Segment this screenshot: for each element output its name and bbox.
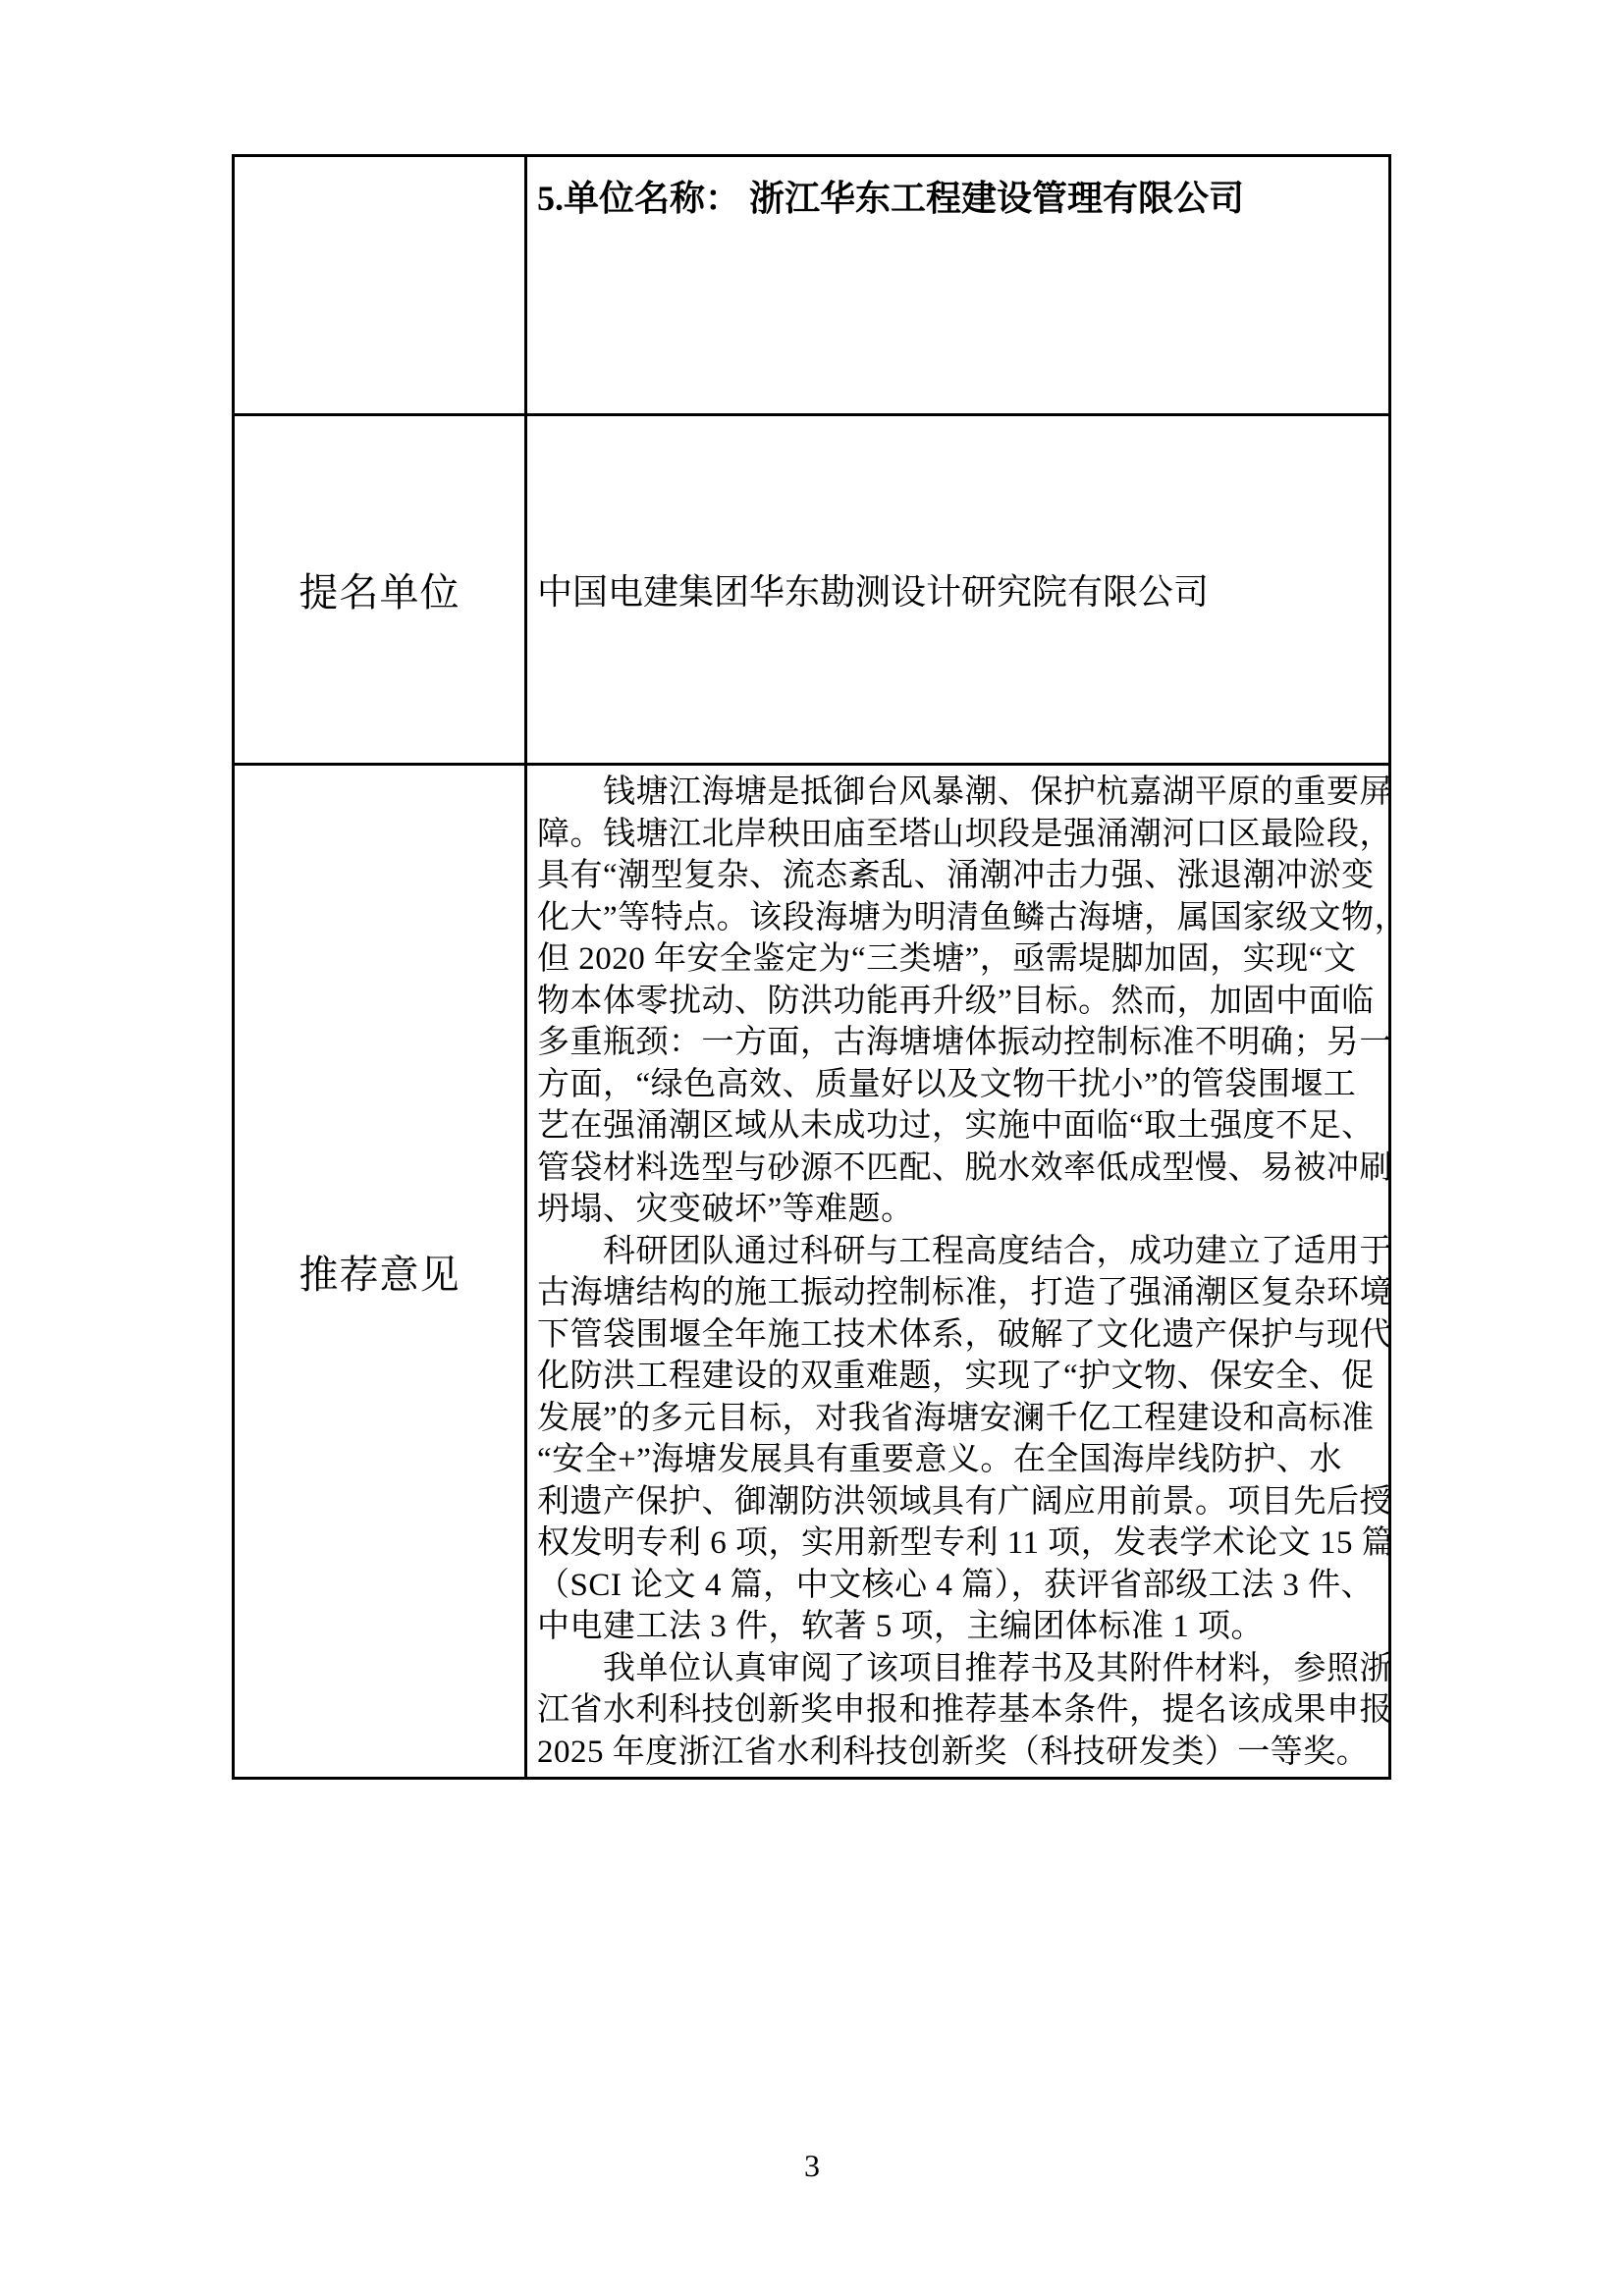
text-line: （SCI 论文 4 篇，中文核心 4 篇），获评省部级工法 3 件、 (537, 1565, 1382, 1607)
text-line: 权发明专利 6 项，实用新型专利 11 项，发表学术论文 15 篇 (537, 1522, 1382, 1565)
text-line: 利遗产保护、御潮防洪领域具有广阔应用前景。项目先后授 (537, 1481, 1382, 1523)
text-line: 但 2020 年安全鉴定为“三类塘”，亟需堤脚加固，实现“文 (537, 938, 1382, 981)
text-line: 障。钱塘江北岸秧田庙至塔山坝段是强涌潮河口区最险段， (537, 814, 1382, 856)
text-line: 管袋材料选型与砂源不匹配、脱水效率低成型慢、易被冲刷 (537, 1148, 1382, 1190)
row1-content-cell: 5.单位名称： 浙江华东工程建设管理有限公司 (527, 157, 1388, 416)
text-line: 化大”等特点。该段海塘为明清鱼鳞古海塘，属国家级文物， (537, 897, 1382, 939)
row1-label-cell (235, 157, 527, 416)
text-line: 具有“潮型复杂、流态紊乱、涌潮冲击力强、涨退潮冲淤变 (537, 855, 1382, 897)
text-line: 多重瓶颈：一方面，古海塘塘体振动控制标准不明确；另一 (537, 1022, 1382, 1064)
text-line: 科研团队通过科研与工程高度结合，成功建立了适用于 (537, 1231, 1382, 1273)
text-line: 发展”的多元目标，对我省海塘安澜千亿工程建设和高标准 (537, 1398, 1382, 1440)
text-line: “安全+”海塘发展具有重要意义。在全国海岸线防护、水 (537, 1439, 1382, 1481)
text-line: 物本体零扰动、防洪功能再升级”目标。然而，加固中面临 (537, 981, 1382, 1023)
nominating-unit-label: 提名单位 (299, 561, 460, 617)
text-line: 化防洪工程建设的双重难题，实现了“护文物、保安全、促 (537, 1356, 1382, 1398)
document-page: 5.单位名称： 浙江华东工程建设管理有限公司 提名单位 中国电建集团华东勘测设计… (0, 0, 1624, 2296)
text-line: 艺在强涌潮区域从未成功过，实施中面临“取土强度不足、 (537, 1105, 1382, 1148)
text-line: 江省水利科技创新奖申报和推荐基本条件，提名该成果申报 (537, 1689, 1382, 1732)
row2-label-cell: 提名单位 (235, 416, 527, 766)
text-line: 2025 年度浙江省水利科技创新奖（科技研发类）一等奖。 (537, 1732, 1382, 1774)
row2-content-cell: 中国电建集团华东勘测设计研究院有限公司 (527, 416, 1388, 766)
text-line: 中电建工法 3 件，软著 5 项，主编团体标准 1 项。 (537, 1606, 1382, 1648)
row3-label-cell: 推荐意见 (235, 766, 527, 1777)
recommendation-text: 钱塘江海塘是抵御台风暴潮、保护杭嘉湖平原的重要屏障。钱塘江北岸秧田庙至塔山坝段是… (537, 772, 1382, 1773)
row3-content-cell: 钱塘江海塘是抵御台风暴潮、保护杭嘉湖平原的重要屏障。钱塘江北岸秧田庙至塔山坝段是… (527, 766, 1388, 1777)
page-number: 3 (0, 2148, 1624, 2184)
text-line: 古海塘结构的施工振动控制标准，打造了强涌潮区复杂环境 (537, 1272, 1382, 1314)
text-line: 下管袋围堰全年施工技术体系，破解了文化遗产保护与现代 (537, 1314, 1382, 1357)
recommendation-label: 推荐意见 (299, 1244, 460, 1300)
unit-name-text: 5.单位名称： 浙江华东工程建设管理有限公司 (537, 171, 1380, 221)
nominating-unit-text: 中国电建集团华东勘测设计研究院有限公司 (537, 564, 1209, 614)
text-line: 钱塘江海塘是抵御台风暴潮、保护杭嘉湖平原的重要屏 (537, 772, 1382, 814)
text-line: 方面，“绿色高效、质量好以及文物干扰小”的管袋围堰工 (537, 1064, 1382, 1106)
form-table: 5.单位名称： 浙江华东工程建设管理有限公司 提名单位 中国电建集团华东勘测设计… (232, 154, 1391, 1780)
text-line: 坍塌、灾变破坏”等难题。 (537, 1189, 1382, 1231)
text-line: 我单位认真审阅了该项目推荐书及其附件材料，参照浙 (537, 1648, 1382, 1690)
